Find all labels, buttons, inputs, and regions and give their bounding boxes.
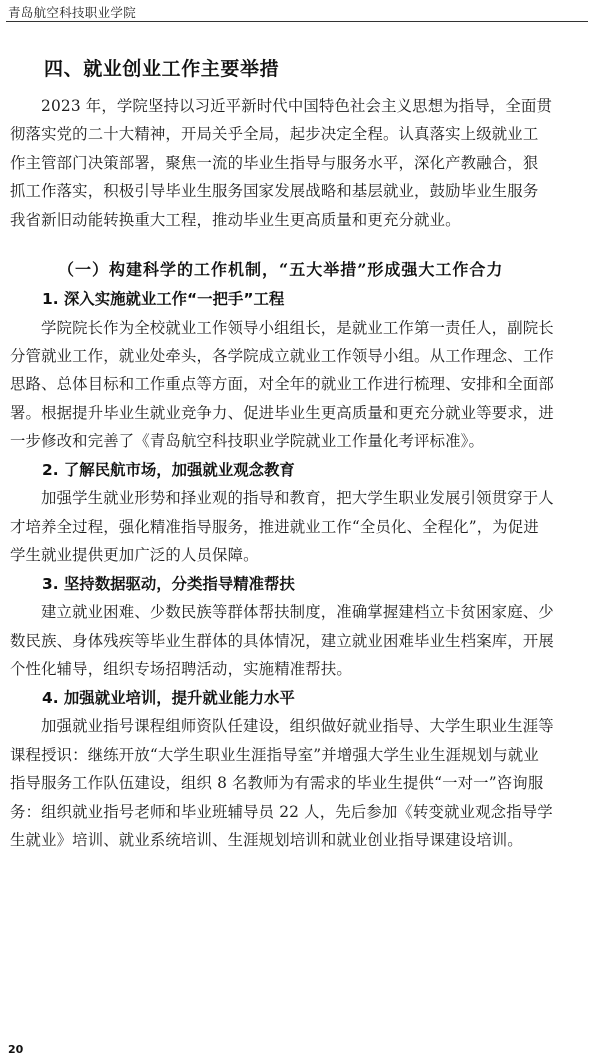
- paragraph-line: 作主管部门决策部署，聚焦一流的毕业生指导与服务水平，深化产教融合，狠: [10, 153, 586, 173]
- paragraph-line: 署。根据提升毕业生就业竞争力、促进毕业生更高质量和更充分就业等要求，进: [10, 403, 586, 423]
- header-rule: [6, 21, 588, 22]
- page-header: 青岛航空科技职业学院: [8, 3, 136, 21]
- paragraph-line: 一步修改和完善了《青岛航空科技职业学院就业工作量化考评标准》。: [10, 431, 586, 451]
- subsection-heading: 3. 坚持数据驱动，分类指导精准帮扶: [42, 574, 295, 594]
- chapter-title: 四、就业创业工作主要举措: [44, 54, 279, 81]
- section-heading: （一）构建科学的工作机制，“五大举措”形成强大工作合力: [58, 260, 503, 280]
- subsection-heading: 2. 了解民航市场，加强就业观念教育: [42, 460, 295, 480]
- paragraph-line: 我省新旧动能转换重大工程，推动毕业生更高质量和更充分就业。: [10, 210, 586, 230]
- paragraph-line: 才培养全过程，强化精准指导服务，推进就业工作“全员化、全程化”，为促进: [10, 517, 586, 537]
- paragraph-line: 课程授识：继练开放“大学生职业生涯指导室”并增强大学生业生涯规划与就业: [10, 745, 586, 765]
- subsection-heading: 4. 加强就业培训，提升就业能力水平: [42, 688, 295, 708]
- paragraph-line: 生就业》培训、就业系统培训、生涯规划培训和就业创业指导课建设培训。: [10, 830, 586, 850]
- paragraph-line: 务：组织就业指号老师和毕业班辅导员 22 人，先后参加《转变就业观念指导学: [10, 802, 586, 822]
- paragraph-line: 加强学生就业形势和择业观的指导和教育，把大学生职业发展引领贯穿于人: [41, 488, 586, 508]
- paragraph-line: 思路、总体目标和工作重点等方面，对全年的就业工作进行梳理、安排和全面部: [10, 374, 586, 394]
- paragraph-line: 2023 年，学院坚持以习近平新时代中国特色社会主义思想为指导，全面贯: [41, 96, 586, 116]
- subsection-heading: 1. 深入实施就业工作“一把手”工程: [42, 289, 284, 309]
- paragraph-line: 数民族、身体残疾等毕业生群体的具体情况，建立就业困难毕业生档案库，开展: [10, 631, 586, 651]
- page-number: 20: [8, 1043, 23, 1056]
- paragraph-line: 彻落实党的二十大精神，开局关乎全局，起步决定全程。认真落实上级就业工: [10, 124, 586, 144]
- paragraph-line: 个性化辅导，组织专场招聘活动，实施精准帮扶。: [10, 659, 586, 679]
- paragraph-line: 分管就业工作，就业处牵头，各学院成立就业工作领导小组。从工作理念、工作: [10, 346, 586, 366]
- paragraph-line: 学院院长作为全校就业工作领导小组组长，是就业工作第一责任人，副院长: [41, 318, 586, 338]
- paragraph-line: 指导服务工作队伍建设，组织 8 名教师为有需求的毕业生提供“一对一”咨询服: [10, 773, 586, 793]
- paragraph-line: 加强就业指号课程组师资队任建设，组织做好就业指导、大学生职业生涯等: [41, 716, 586, 736]
- paragraph-line: 抓工作落实，积极引导毕业生服务国家发展战略和基层就业，鼓励毕业生服务: [10, 181, 586, 201]
- paragraph-line: 学生就业提供更加广泛的人员保障。: [10, 545, 586, 565]
- paragraph-line: 建立就业困难、少数民族等群体帮扶制度，准确掌握建档立卡贫困家庭、少: [41, 602, 586, 622]
